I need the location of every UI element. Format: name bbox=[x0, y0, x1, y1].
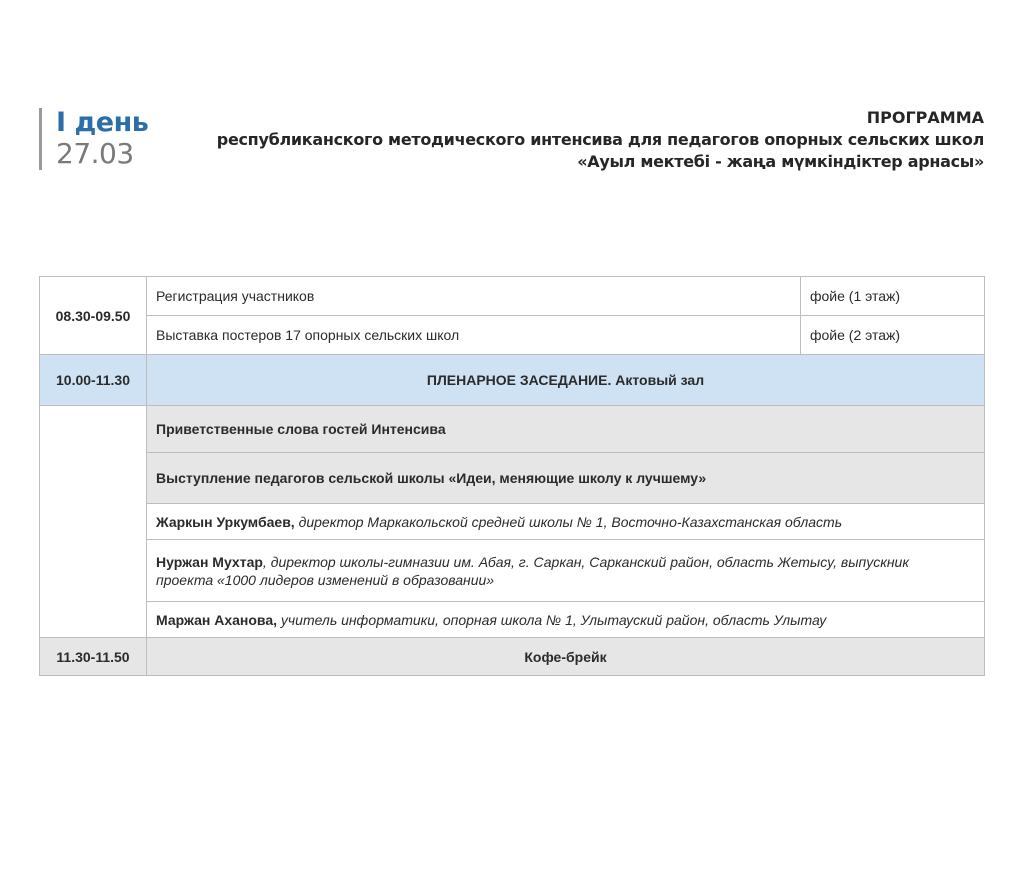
table-row: Приветственные слова гостей Интенсива bbox=[40, 406, 985, 453]
program-subtitle: республиканского методического интенсива… bbox=[217, 129, 984, 151]
day-header: I день 27.03 bbox=[39, 108, 148, 170]
day-date: 27.03 bbox=[56, 138, 148, 170]
table-row: Нуржан Мухтар, директор школы-гимназии и… bbox=[40, 540, 985, 602]
day-label: I день bbox=[56, 108, 148, 138]
time-cell-empty bbox=[40, 406, 147, 638]
coffee-row: 11.30-11.50 Кофе-брейк bbox=[40, 638, 985, 676]
activity-cell: Выставка постеров 17 опорных сельских шк… bbox=[147, 316, 801, 355]
speaker-cell: Нуржан Мухтар, директор школы-гимназии и… bbox=[147, 540, 985, 602]
time-cell: 10.00-11.30 bbox=[40, 355, 147, 406]
plenary-title-location: Актовый зал bbox=[611, 372, 704, 388]
location-cell: фойе (2 этаж) bbox=[801, 316, 985, 355]
activity-cell: Регистрация участников bbox=[147, 277, 801, 316]
schedule-table: 08.30-09.50 Регистрация участников фойе … bbox=[39, 276, 985, 676]
table-row: 08.30-09.50 Регистрация участников фойе … bbox=[40, 277, 985, 316]
location-cell: фойе (1 этаж) bbox=[801, 277, 985, 316]
coffee-break-title: Кофе-брейк bbox=[147, 638, 985, 676]
speaker-description: учитель информатики, опорная школа № 1, … bbox=[277, 612, 826, 628]
speaker-cell: Жаркын Уркумбаев, директор Маркакольской… bbox=[147, 504, 985, 540]
program-event-name: «Ауыл мектебі - жаңа мүмкіндіктер арнасы… bbox=[217, 151, 984, 173]
speaker-description: , директор школы-гимназии им. Абая, г. С… bbox=[156, 554, 909, 588]
table-row: Выставка постеров 17 опорных сельских шк… bbox=[40, 316, 985, 355]
table-row: Жаркын Уркумбаев, директор Маркакольской… bbox=[40, 504, 985, 540]
time-cell: 11.30-11.50 bbox=[40, 638, 147, 676]
speaker-name: Маржан Аханова, bbox=[156, 612, 277, 628]
section-heading: Приветственные слова гостей Интенсива bbox=[147, 406, 985, 453]
plenary-title-bold: ПЛЕНАРНОЕ ЗАСЕДАНИЕ. bbox=[427, 372, 611, 388]
program-title: ПРОГРАММА республиканского методического… bbox=[217, 107, 984, 173]
speaker-name: Нуржан Мухтар bbox=[156, 554, 263, 570]
speaker-description: директор Маркакольской средней школы № 1… bbox=[295, 514, 842, 530]
time-cell: 08.30-09.50 bbox=[40, 277, 147, 355]
program-heading: ПРОГРАММА bbox=[217, 107, 984, 129]
plenary-title: ПЛЕНАРНОЕ ЗАСЕДАНИЕ. Актовый зал bbox=[147, 355, 985, 406]
speaker-cell: Маржан Аханова, учитель информатики, опо… bbox=[147, 602, 985, 638]
table-row: Выступление педагогов сельской школы «Ид… bbox=[40, 453, 985, 504]
plenary-row: 10.00-11.30 ПЛЕНАРНОЕ ЗАСЕДАНИЕ. Актовый… bbox=[40, 355, 985, 406]
section-heading: Выступление педагогов сельской школы «Ид… bbox=[147, 453, 985, 504]
table-row: Маржан Аханова, учитель информатики, опо… bbox=[40, 602, 985, 638]
speaker-name: Жаркын Уркумбаев, bbox=[156, 514, 295, 530]
